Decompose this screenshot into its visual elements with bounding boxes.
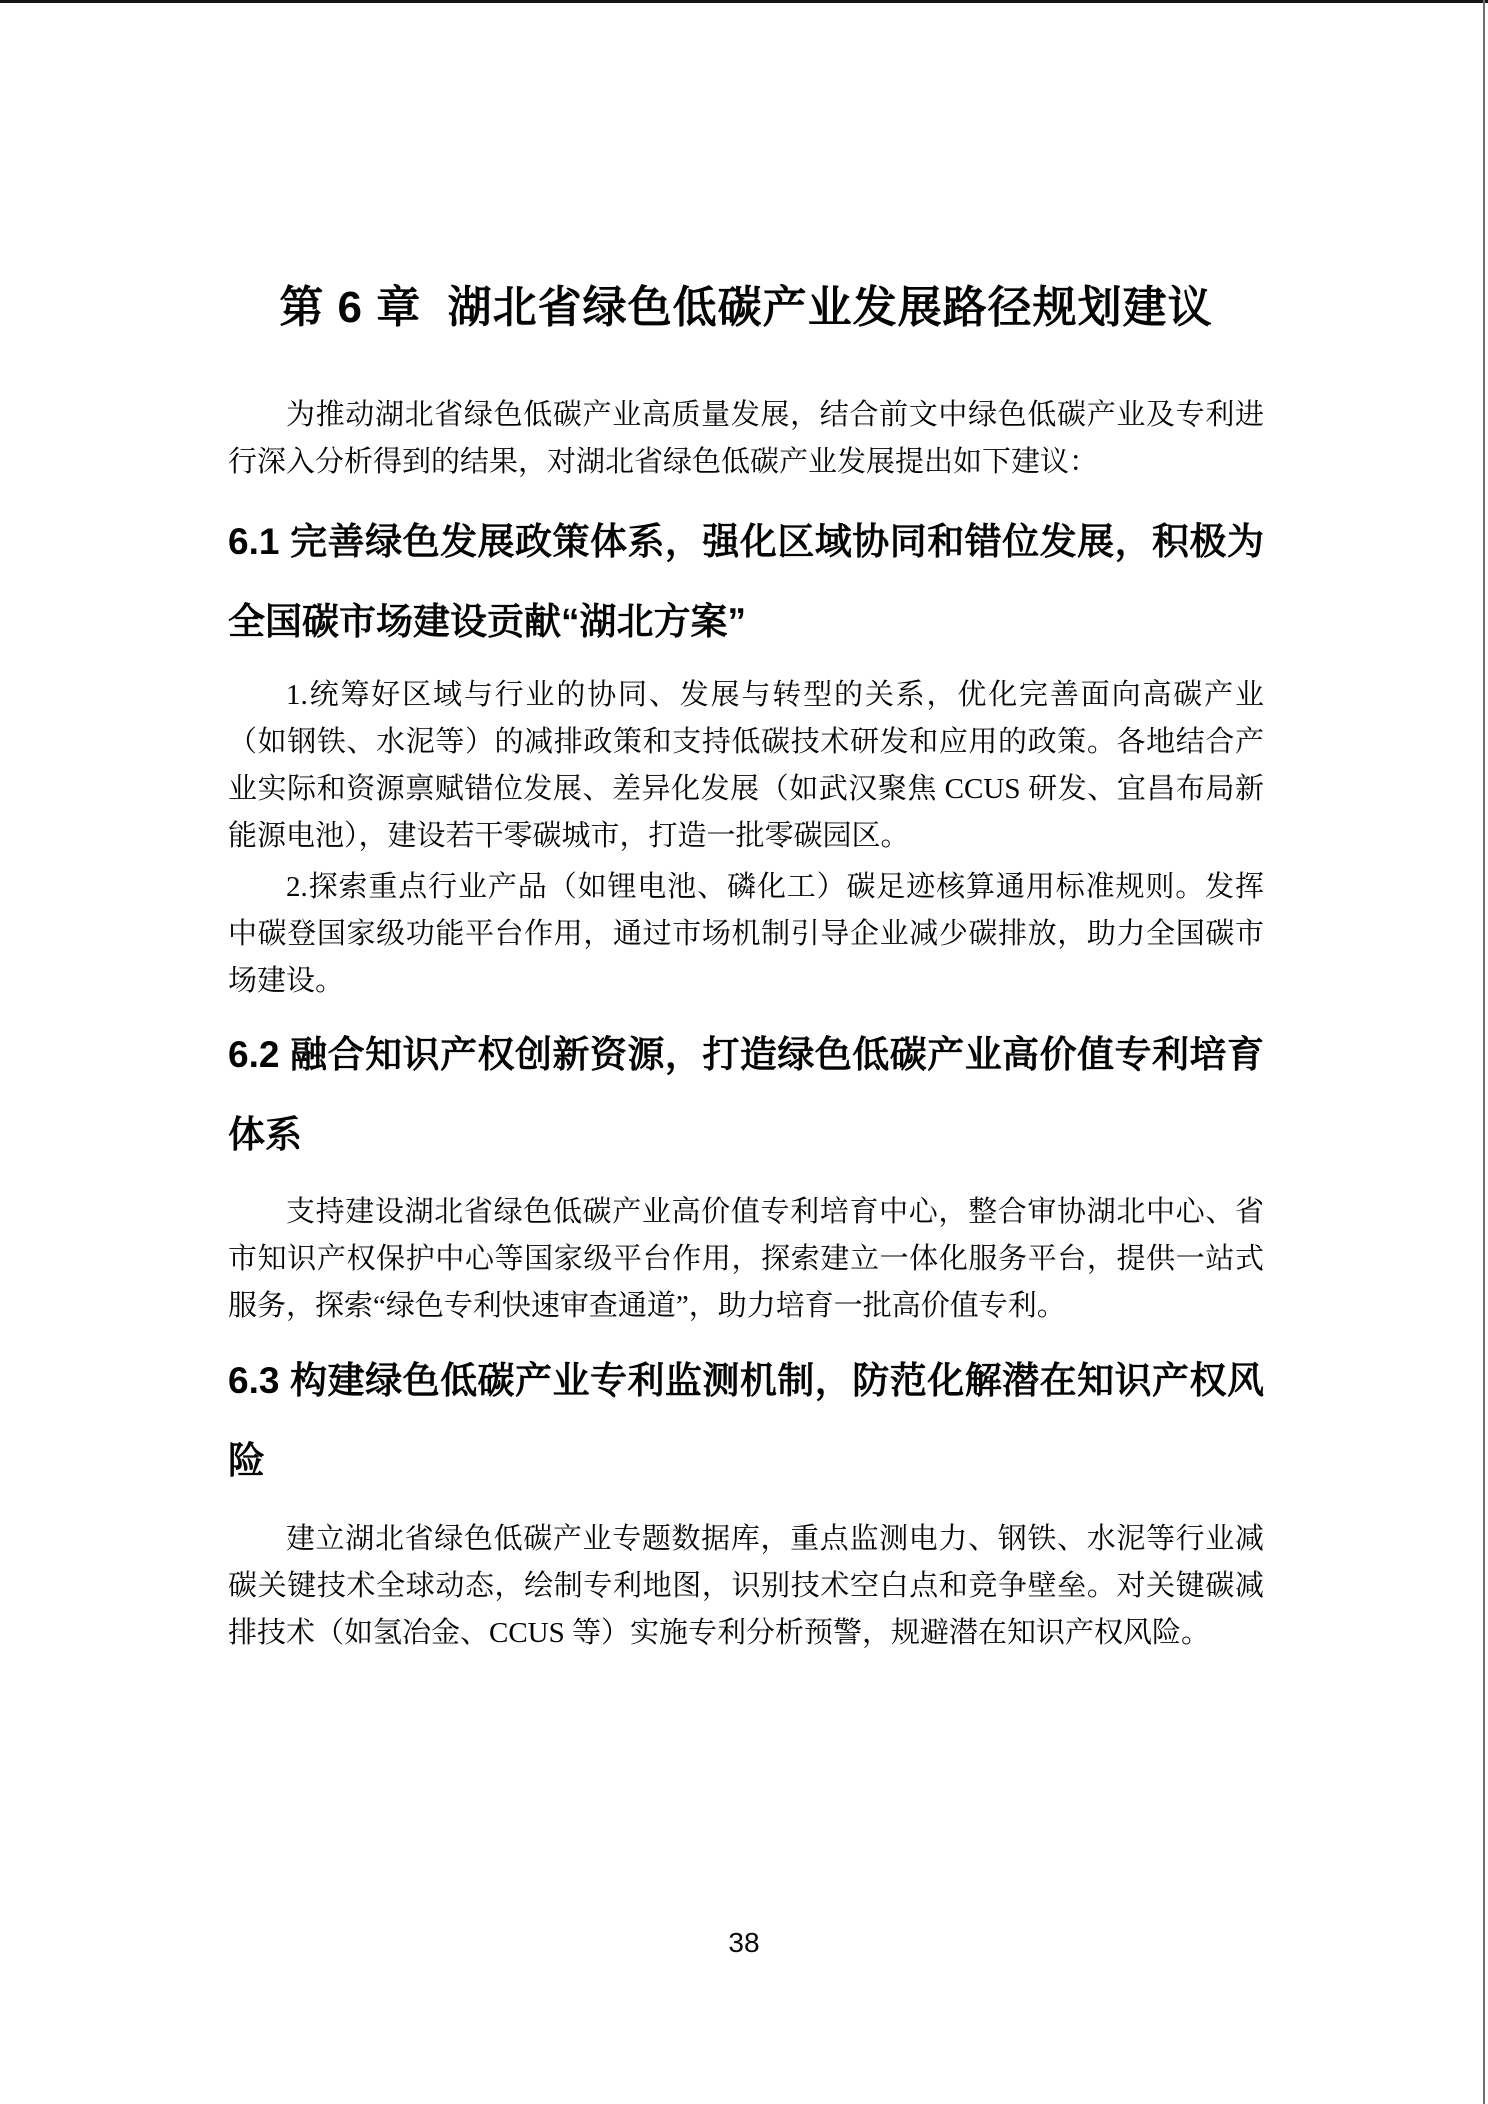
section-6-2-heading: 6.2 融合知识产权创新资源，打造绿色低碳产业高价值专利培育体系: [228, 1015, 1264, 1175]
section-6-3-heading: 6.3 构建绿色低碳产业专利监测机制，防范化解潜在知识产权风险: [228, 1341, 1264, 1501]
section-6-2-paragraph-1: 支持建设湖北省绿色低碳产业高价值专利培育中心，整合审协湖北中心、省市知识产权保护…: [228, 1189, 1264, 1330]
section-6-1-paragraph-1: 1.统筹好区域与行业的协同、发展与转型的关系，优化完善面向高碳产业（如钢铁、水泥…: [228, 672, 1264, 860]
section-6-1-heading: 6.1 完善绿色发展政策体系，强化区域协同和错位发展，积极为全国碳市场建设贡献“…: [228, 502, 1264, 662]
page-right-edge-line: [1483, 0, 1485, 2104]
section-6-1-paragraph-2: 2.探索重点行业产品（如锂电池、磷化工）碳足迹核算通用标准规则。发挥中碳登国家级…: [228, 864, 1264, 1005]
page-number: 38: [0, 1926, 1488, 1960]
intro-paragraph: 为推动湖北省绿色低碳产业高质量发展，结合前文中绿色低碳产业及专利进行深入分析得到…: [228, 392, 1264, 486]
section-6-3-paragraph-1: 建立湖北省绿色低碳产业专题数据库，重点监测电力、钢铁、水泥等行业减碳关键技术全球…: [228, 1516, 1264, 1657]
document-page: 第 6 章 湖北省绿色低碳产业发展路径规划建议 为推动湖北省绿色低碳产业高质量发…: [0, 0, 1488, 2104]
chapter-title: 第 6 章 湖北省绿色低碳产业发展路径规划建议: [228, 282, 1264, 334]
page-top-edge-line: [0, 0, 1488, 3]
